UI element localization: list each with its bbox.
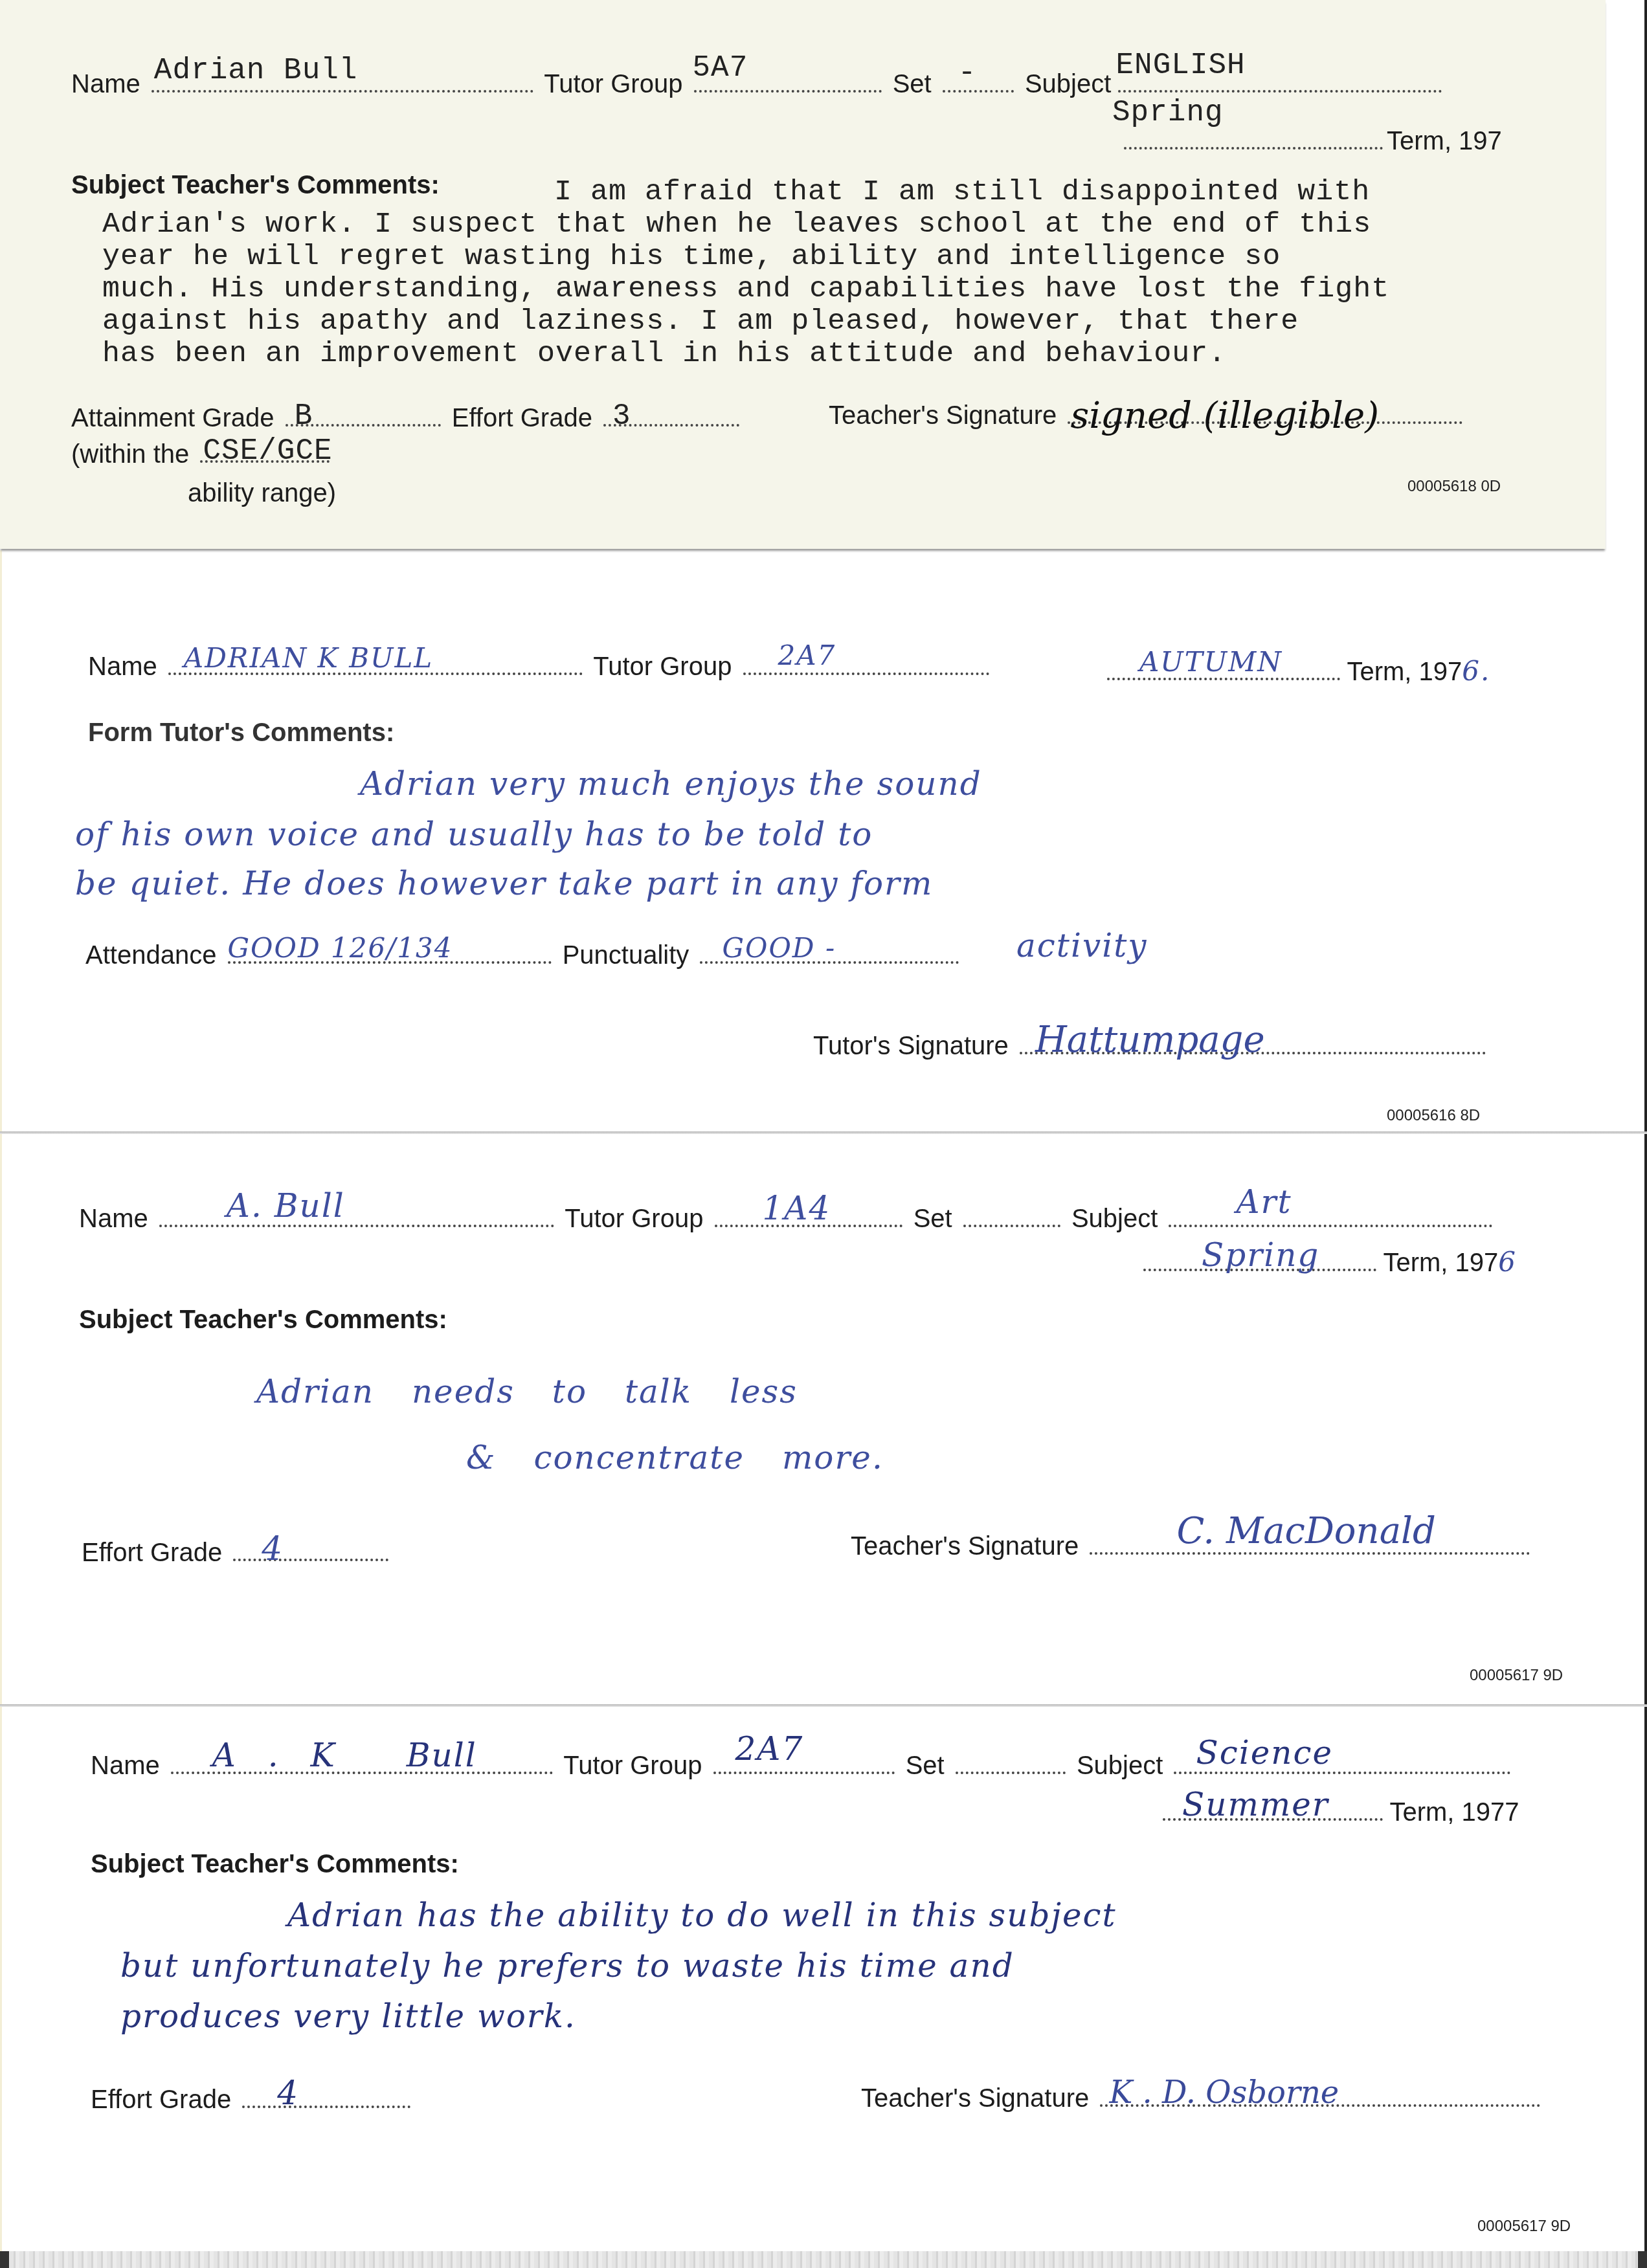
comment-line: activity (1016, 927, 1147, 964)
comment-line: year he will regret wasting his time, ab… (102, 241, 1281, 273)
teacher-signature: K . D. Osborne (1109, 2074, 1339, 2111)
signature-field: signed (illegible) (1064, 401, 1466, 430)
term-label: Term, 197 (1387, 127, 1502, 155)
effort-grade-value: 4 (277, 2074, 299, 2112)
form-code: 00005618 0D (1407, 478, 1501, 496)
tutor-group-field: 2A7 (710, 1751, 899, 1781)
effort-grade-field: 3 (599, 404, 743, 433)
name-label: Name (79, 1205, 148, 1233)
name-value: Adrian Bull (154, 54, 358, 87)
comment-line: Adrian very much enjoys the sound (360, 765, 982, 803)
tutor-group-label: Tutor Group (565, 1205, 703, 1233)
grades-row: Attainment Grade B Effort Grade 3 (71, 404, 743, 433)
set-field: - (939, 70, 1018, 99)
name-surname: Bull (407, 1737, 477, 1774)
slip-edge (0, 1704, 1647, 1707)
signature-row: Teacher's Signature signed (illegible) (829, 401, 1466, 430)
slip-edge (0, 1131, 1647, 1134)
report-slip-form-tutor: Name ADRIAN K BULL Tutor Group 2A7 AUTUM… (0, 551, 1647, 1134)
attendance-value: GOOD 126/134 (228, 932, 453, 964)
punctuality-value: GOOD - (722, 932, 836, 964)
scanner-bed-strip (0, 2251, 1647, 2268)
within-value: CSE/GCE (203, 434, 332, 468)
term-year-digit: 6 (1498, 1246, 1517, 1278)
effort-grade-value: 4 (262, 1530, 284, 1568)
comment-line: of his own voice and usually has to be t… (75, 816, 873, 853)
term-value: Spring (1202, 1236, 1319, 1274)
term-label: Term, 1977 (1389, 1798, 1519, 1827)
teacher-signature: C. MacDonald (1176, 1510, 1435, 1552)
comments-label: Form Tutor's Comments: (88, 718, 394, 748)
comment-line: Adrian's work. I suspect that when he le… (102, 208, 1371, 241)
set-label: Set (913, 1205, 952, 1233)
term-value: Summer (1182, 1786, 1329, 1823)
report-slip-science: Name A . K Bull Tutor Group 2A7 Set Subj… (0, 1709, 1647, 2268)
signature-label: Teacher's Signature (851, 1532, 1079, 1561)
signature-row: Teacher's Signature C. MacDonald (851, 1532, 1534, 1561)
comment-line: much. His understanding, awareness and c… (102, 273, 1389, 306)
form-code: 00005617 9D (1477, 2218, 1571, 2236)
name-field: ADRIAN K BULL (164, 652, 587, 682)
subject-label: Subject (1071, 1205, 1158, 1233)
effort-grade-field: 4 (238, 2085, 414, 2115)
tutor-group-value: 1A4 (763, 1190, 831, 1227)
attainment-grade-label: Attainment Grade (71, 404, 274, 432)
tutor-group-label: Tutor Group (544, 70, 682, 98)
subject-label: Subject (1025, 70, 1111, 98)
comment-line: Adrian has the ability to do well in thi… (287, 1896, 1117, 1934)
form-code: 00005617 9D (1470, 1667, 1563, 1685)
tutor-group-label: Tutor Group (563, 1751, 702, 1780)
form-code: 00005616 8D (1387, 1107, 1480, 1125)
term-row: Term, 197 (1120, 127, 1502, 156)
punctuality-label: Punctuality (563, 941, 689, 970)
within-label: (within the (71, 440, 189, 469)
tutor-group-value: 5A7 (693, 51, 748, 85)
name-row: Name A. Bull Tutor Group 1A4 Set Subject… (79, 1205, 1496, 1234)
report-slip-art: Name A. Bull Tutor Group 1A4 Set Subject… (0, 1136, 1647, 1707)
effort-grade-label: Effort Grade (82, 1539, 222, 1567)
effort-grade-field: 4 (229, 1539, 392, 1568)
set-field (952, 1751, 1070, 1781)
attainment-grade-value: B (295, 399, 313, 433)
within-field: CSE/GCE (196, 440, 333, 469)
term-row: AUTUMN Term, 1976. (1107, 655, 1490, 687)
effort-grade-value: 3 (612, 399, 631, 433)
term-value: Spring (1112, 96, 1224, 129)
teacher-signature: signed (illegible) (1070, 395, 1379, 437)
set-field (959, 1205, 1064, 1234)
term-label: Term, 197 (1383, 1249, 1498, 1277)
name-label: Name (91, 1751, 160, 1780)
comment-line: be quiet. He does however take part in a… (75, 865, 933, 902)
name-value: A. Bull (227, 1187, 345, 1225)
comment-line: & concentrate more. (466, 1439, 884, 1476)
tutor-group-field: 1A4 (711, 1205, 906, 1234)
scanner-edge-right (1638, 2251, 1647, 2268)
term-year-digit: 6 (1462, 655, 1481, 687)
term-row: Spring Term, 1976 (1143, 1246, 1517, 1278)
term-field: Summer (1163, 1798, 1383, 1827)
tutor-group-value: 2A7 (778, 639, 836, 671)
attendance-label: Attendance (85, 941, 216, 970)
comments-label: Subject Teacher's Comments: (71, 171, 440, 200)
subject-field: Science (1170, 1751, 1514, 1781)
signature-row: Tutor's Signature Hattumpage (813, 1032, 1490, 1061)
tutor-group-field: 2A7 (739, 652, 993, 682)
ability-range-label: ability range) (188, 479, 336, 508)
signature-field: C. MacDonald (1086, 1532, 1534, 1561)
name-initials: A . K (212, 1737, 336, 1774)
term-label: Term, 197 (1347, 658, 1462, 686)
name-field: Adrian Bull (148, 70, 537, 99)
set-label: Set (893, 70, 932, 98)
effort-row: Effort Grade 4 (82, 1539, 392, 1568)
name-label: Name (88, 652, 157, 681)
attendance-row: Attendance GOOD 126/134 Punctuality GOOD… (85, 941, 963, 970)
name-value: ADRIAN K BULL (184, 642, 433, 674)
tutor-group-label: Tutor Group (593, 652, 732, 681)
name-row: Name A . K Bull Tutor Group 2A7 Set Subj… (91, 1751, 1514, 1781)
subject-value: Art (1236, 1183, 1292, 1221)
set-label: Set (906, 1751, 945, 1780)
report-slip-english: Name Adrian Bull Tutor Group 5A7 Set - S… (0, 0, 1647, 550)
name-row: Name Adrian Bull Tutor Group 5A7 Set - S… (71, 70, 1446, 99)
tutor-group-value: 2A7 (735, 1730, 804, 1768)
subject-field: Art (1165, 1205, 1496, 1234)
name-field: A . K Bull (167, 1751, 557, 1781)
effort-grade-label: Effort Grade (91, 2085, 231, 2114)
term-row: Summer Term, 1977 (1163, 1798, 1519, 1827)
subject-value: Science (1196, 1734, 1333, 1772)
comments-label: Subject Teacher's Comments: (79, 1306, 447, 1335)
tutor-group-field: 5A7 (690, 70, 886, 99)
subject-value: ENGLISH (1115, 49, 1245, 82)
comments-label: Subject Teacher's Comments: (91, 1850, 459, 1879)
term-field: AUTUMN (1107, 658, 1340, 687)
term-value: AUTUMN (1139, 646, 1283, 678)
within-row: (within the CSE/GCE (71, 440, 333, 469)
signature-field: Hattumpage (1016, 1032, 1490, 1061)
attendance-field: GOOD 126/134 (224, 941, 555, 970)
comment-line: against his apathy and laziness. I am pl… (102, 306, 1299, 338)
attainment-grade-field: B (282, 404, 445, 433)
comment-line: I am afraid that I am still disappointed… (554, 176, 1370, 208)
tutor-signature: Hattumpage (1035, 1019, 1265, 1061)
name-field: A. Bull (155, 1205, 558, 1234)
effort-grade-label: Effort Grade (452, 404, 592, 432)
term-field: Spring (1143, 1249, 1376, 1278)
signature-field: K . D. Osborne (1096, 2084, 1544, 2113)
signature-label: Tutor's Signature (813, 1032, 1009, 1060)
set-value: - (958, 56, 977, 90)
scanner-edge-left (0, 2251, 9, 2268)
signature-row: Teacher's Signature K . D. Osborne (861, 2084, 1544, 2113)
effort-row: Effort Grade 4 (91, 2085, 414, 2115)
signature-label: Teacher's Signature (829, 401, 1057, 430)
signature-label: Teacher's Signature (861, 2084, 1089, 2113)
comment-line: produces very little work. (120, 1997, 576, 2035)
comment-line: has been an improvement overall in his a… (102, 338, 1226, 370)
comment-line: but unfortunately he prefers to waste hi… (120, 1947, 1014, 1984)
comment-line: Adrian needs to talk less (256, 1373, 798, 1410)
name-label: Name (71, 70, 140, 98)
punctuality-field: GOOD - (696, 941, 963, 970)
name-row: Name ADRIAN K BULL Tutor Group 2A7 (88, 652, 993, 682)
subject-field: ENGLISH (1118, 70, 1446, 99)
subject-label: Subject (1077, 1751, 1163, 1780)
